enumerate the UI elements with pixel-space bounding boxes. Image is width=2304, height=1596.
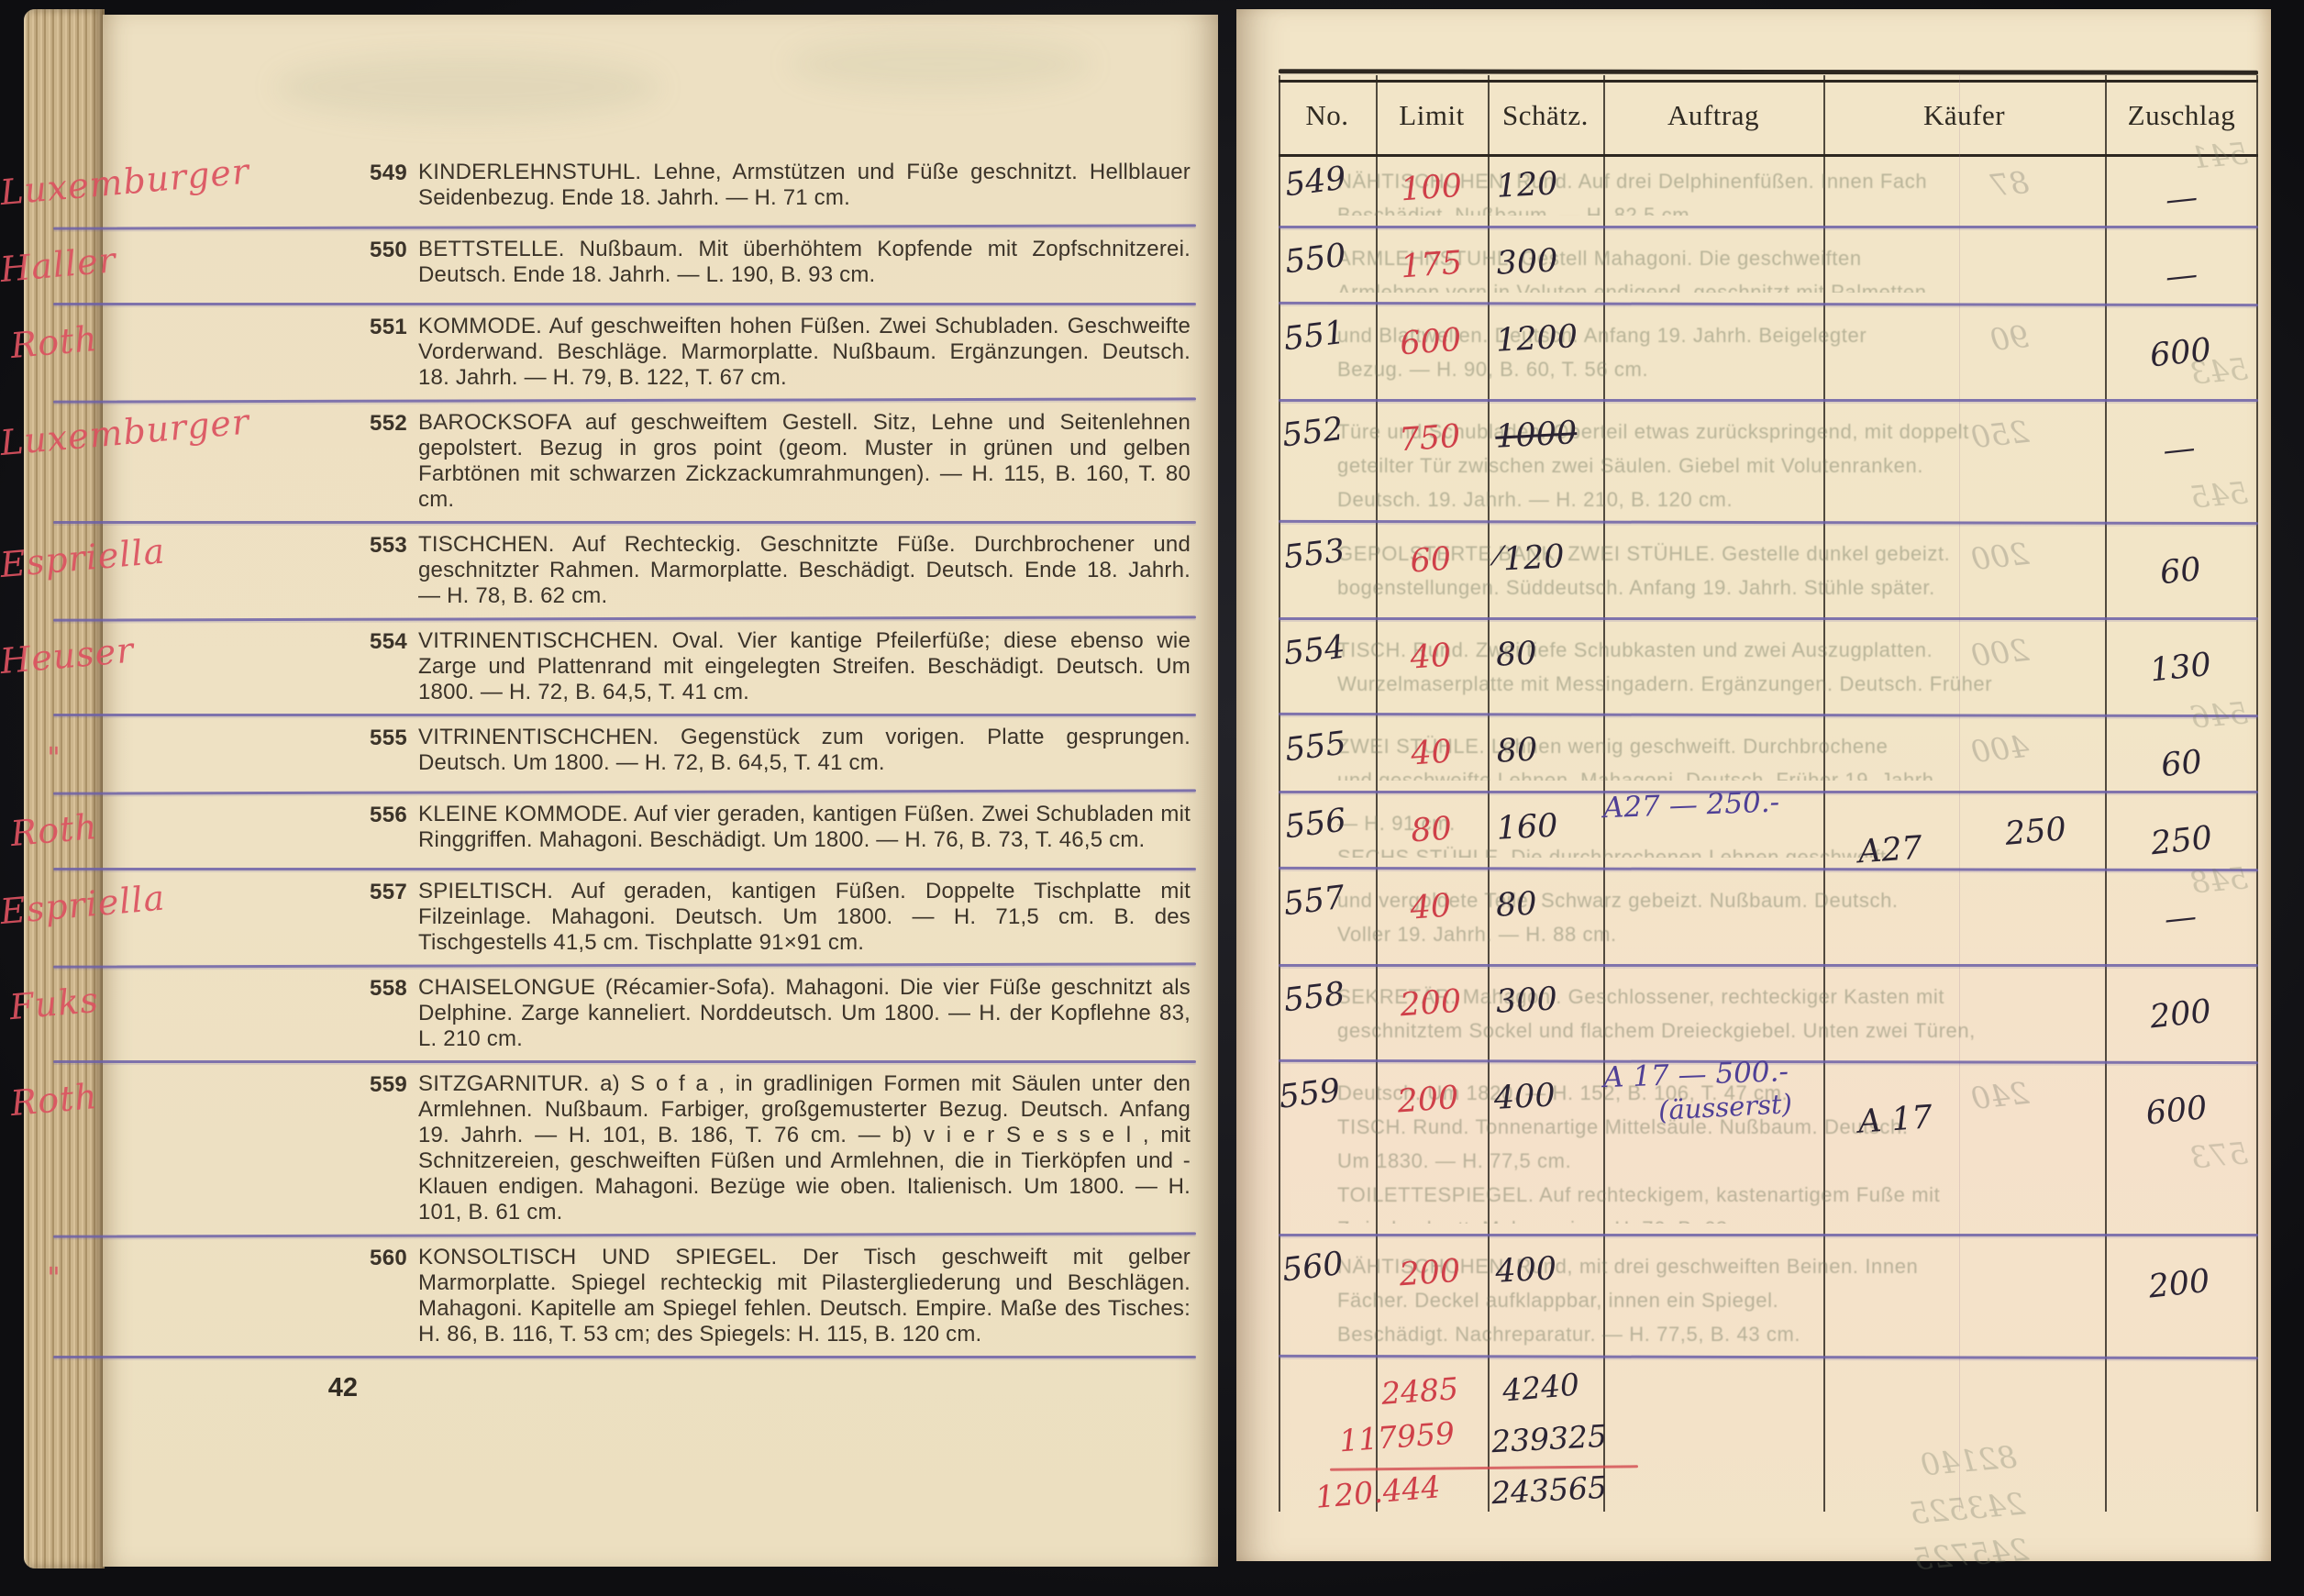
- ledger-no: 557: [1274, 876, 1379, 961]
- gutter-spacer: [1191, 313, 1279, 391]
- gutter-spacer: [1191, 878, 1279, 956]
- ledger-order-cell: [1603, 409, 1823, 513]
- ledger-order-cell: [1603, 878, 1823, 956]
- gutter-spacer: [1191, 531, 1279, 609]
- gutter-spacer: [1191, 1070, 1279, 1225]
- ledger-buyer-cell: [1823, 159, 2105, 217]
- ledger-row: ARMLEHNSTUHL. Gestell Mahagoni. Die gesc…: [1279, 236, 2258, 294]
- ledger-order-cell: [1603, 1244, 1823, 1347]
- gutter-spacer: [1191, 159, 1279, 217]
- ledger-hammer-price: 60: [2103, 737, 2259, 790]
- lot-number: 558: [358, 974, 418, 1052]
- ledger-estimate: 1200: [1486, 317, 1605, 393]
- lot-description: KONSOLTISCH UND SPIEGEL. Der Tisch gesch…: [418, 1244, 1191, 1347]
- lot-row: " 560 KONSOLTISCH UND SPIEGEL. Der Tisch…: [0, 1236, 2304, 1358]
- buyer-annotation: Luxemburger: [0, 163, 110, 213]
- ledger-no: 550: [1276, 234, 1379, 300]
- buyer-annotation: Espriella: [0, 882, 110, 932]
- ledger-order-note-2: (äusserst): [1657, 1086, 1824, 1125]
- lot-description: CHAISELONGUE (Récamier-Sofa). Mahagoni. …: [418, 974, 1191, 1052]
- ledger-estimate: 300: [1486, 979, 1605, 1055]
- limit-carryover: 117959: [1338, 1415, 1456, 1459]
- ledger-no: 560: [1273, 1242, 1381, 1353]
- column-header-limit: Limit: [1376, 92, 1488, 147]
- limit-subtotal: 2485: [1380, 1370, 1460, 1412]
- annotation-margin: Heuser: [0, 627, 108, 705]
- ledger-limit: 80: [1374, 808, 1489, 863]
- ledger-buyer-cell: [1823, 313, 2105, 391]
- annotation-margin: Roth: [0, 313, 108, 391]
- ledger-hammer-price: —: [2102, 892, 2260, 963]
- lot-row: Haller 550 BETTSTELLE. Nußbaum. Mit über…: [0, 228, 2304, 305]
- lot-description: KOMMODE. Auf geschweiften hohen Füßen. Z…: [418, 313, 1191, 391]
- ledger-no: 553: [1274, 529, 1379, 615]
- ledger-estimate: 400: [1485, 1248, 1605, 1350]
- table-header: No. Limit Schätz. Auftrag Käufer Zuschla…: [1279, 92, 2258, 147]
- ledger-estimate: 120: [1487, 163, 1605, 221]
- ledger-estimate: 400: [1484, 1075, 1607, 1228]
- buyer-annotation: Haller: [0, 240, 110, 290]
- lot-description: SPIELTISCH. Auf geraden, kantigen Füßen.…: [418, 878, 1191, 956]
- ledger-buyer-price: 250: [2004, 811, 2068, 853]
- ledger-limit: 175: [1374, 243, 1489, 298]
- ledger-row: und Blattwellen. Deutsch. Anfang 19. Jah…: [1279, 313, 2258, 391]
- lot-row: Luxemburger 549 KINDERLEHNSTUHL. Lehne, …: [0, 151, 2304, 228]
- ledger-buyer-cell: [1823, 531, 2105, 609]
- ledger-no: 555: [1276, 722, 1379, 788]
- ledger-order-note: A27 — 250.-: [1602, 784, 1823, 825]
- ledger-order-cell: [1603, 236, 1823, 294]
- lot-description: KINDERLEHNSTUHL. Lehne, Armstützen und F…: [418, 159, 1191, 217]
- lot-description: BAROCKSOFA auf geschweiftem Gestell. Sit…: [418, 409, 1191, 513]
- ledger-limit: 40: [1374, 635, 1490, 709]
- ledger-no: 556: [1276, 799, 1379, 865]
- ledger-estimate: 120: [1486, 536, 1605, 612]
- bleedthrough-margin-number: 541: [2188, 135, 2249, 175]
- ledger-buyer: A 17: [1857, 1099, 1934, 1141]
- ledger-estimate: 160: [1487, 805, 1605, 863]
- lot-number: 560: [358, 1244, 418, 1347]
- ledger-hammer-price: 250: [2103, 815, 2259, 867]
- lot-description: SITZGARNITUR. a) S o f a , in gradlinige…: [418, 1070, 1191, 1225]
- annotation-margin: Espriella: [0, 878, 108, 956]
- lot-row: Roth 559 SITZGARNITUR. a) S o f a , in g…: [0, 1063, 2304, 1236]
- bleedthrough-total: 245725: [1912, 1532, 2031, 1578]
- annotation-margin: Espriella: [0, 531, 108, 609]
- buyer-annotation: Luxemburger: [0, 414, 110, 463]
- buyer-annotation: ": [0, 740, 108, 775]
- bleedthrough-total: 243525: [1909, 1486, 2027, 1532]
- ledger-row: und vergoldete Teile. Schwarz gebeizt. N…: [1279, 878, 2258, 956]
- ledger-estimate: 80: [1487, 728, 1605, 786]
- lot-description: VITRINENTISCHCHEN. Oval. Vier kantige Pf…: [418, 627, 1191, 705]
- buyer-annotation: Roth: [0, 317, 110, 367]
- book-spread: No. Limit Schätz. Auftrag Käufer Zuschla…: [0, 0, 2304, 1596]
- lot-description: KLEINE KOMMODE. Auf vier geraden, kantig…: [418, 801, 1191, 859]
- ledger-totals: 2485 4240 117959 239325 120.444 243565 8…: [1279, 1373, 2258, 1557]
- ledger-no: 559: [1269, 1069, 1384, 1231]
- ledger-limit: 200: [1371, 1078, 1493, 1229]
- ledger-hammer-price: 200: [2101, 1258, 2262, 1356]
- lot-row: Roth 556 KLEINE KOMMODE. Auf vier gerade…: [0, 793, 2304, 870]
- ledger-buyer-cell: [1823, 724, 2105, 782]
- lot-row: Espriella 553 TISCHCHEN. Auf Rechteckig.…: [0, 524, 2304, 620]
- ledger-limit: 40: [1374, 885, 1490, 959]
- lot-number: 552: [358, 409, 418, 513]
- lot-row: Fuks 558 CHAISELONGUE (Récamier-Sofa). M…: [0, 967, 2304, 1063]
- ledger-no: 552: [1273, 407, 1381, 518]
- footer-row: 42 2485 4240 117959 239325 120.444 24356…: [0, 1358, 2304, 1566]
- ledger-estimate: 80: [1486, 882, 1605, 959]
- ledger-order-cell: [1603, 724, 1823, 782]
- lot-row: " 555 VITRINENTISCHCHEN. Gegenstück zum …: [0, 716, 2304, 793]
- ledger-row: NÄHTISCHCHEN. Rund. Auf drei Delphinenfü…: [1279, 159, 2258, 217]
- ledger-buyer-cell: A 17: [1823, 1070, 2105, 1225]
- ledger-limit: 100: [1374, 166, 1489, 221]
- column-header-schaetz: Schätz.: [1488, 92, 1603, 147]
- ledger-row: GEPOLSTERTE BANK, ZWEI STÜHLE. Gestelle …: [1279, 531, 2258, 609]
- gutter-spacer: [1191, 1244, 1279, 1347]
- ledger-buyer-cell: [1823, 974, 2105, 1052]
- ledger-buyer-cell: [1823, 878, 2105, 956]
- gutter-spacer: [1191, 409, 1279, 513]
- gutter-spacer: [1191, 801, 1279, 859]
- ledger-buyer-cell: A27 250: [1823, 801, 2105, 859]
- ledger-row: Deutsch. Um 1820. — H. 152, B. 106, T. 4…: [1279, 1070, 2258, 1225]
- gutter-spacer: [1191, 724, 1279, 782]
- column-header-no: No.: [1279, 92, 1376, 147]
- column-header-auftrag: Auftrag: [1603, 92, 1823, 147]
- ledger-no: 558: [1274, 972, 1379, 1058]
- lot-number: 555: [358, 724, 418, 782]
- ledger-order-cell: [1603, 627, 1823, 705]
- lot-row: Luxemburger 552 BAROCKSOFA auf geschweif…: [0, 402, 2304, 524]
- lot-description: BETTSTELLE. Nußbaum. Mit überhöhtem Kopf…: [418, 236, 1191, 294]
- ledger-limit: 200: [1374, 981, 1490, 1056]
- ledger-limit: 40: [1374, 731, 1489, 786]
- ledger-row: TISCH. Rund. Zwei tiefe Schubkasten und …: [1279, 627, 2258, 705]
- ledger-limit: 600: [1374, 320, 1490, 394]
- buyer-annotation: Espriella: [0, 536, 110, 585]
- lot-row: Espriella 557 SPIELTISCH. Auf geraden, k…: [0, 870, 2304, 967]
- lot-number: 549: [358, 159, 418, 217]
- annotation-margin: Roth: [0, 1070, 108, 1225]
- gutter-spacer: [1191, 236, 1279, 294]
- ledger-hammer-price: 200: [2102, 988, 2260, 1059]
- lot-number: 559: [358, 1070, 418, 1225]
- lot-row: Heuser 554 VITRINENTISCHCHEN. Oval. Vier…: [0, 620, 2304, 716]
- table-top-rule-2: [1279, 80, 2258, 83]
- lot-number: 556: [358, 801, 418, 859]
- gutter-spacer: [1191, 974, 1279, 1052]
- ledger-row: Türe und Schubladen. Oberteil etwas zurü…: [1279, 409, 2258, 513]
- gutter-spacer: [1191, 627, 1279, 705]
- column-header-kaeufer: Käufer: [1823, 92, 2105, 147]
- lot-description: TISCHCHEN. Auf Rechteckig. Geschnitzte F…: [418, 531, 1191, 609]
- estimate-carryover: 239325: [1490, 1418, 1608, 1460]
- ledger-hammer-price: —: [2101, 424, 2262, 521]
- buyer-annotation: Roth: [0, 1075, 110, 1125]
- annotation-margin: Luxemburger: [0, 159, 108, 217]
- ledger-order-cell: [1603, 974, 1823, 1052]
- annotation-margin: ": [0, 724, 108, 782]
- ledger-order-cell: A 17 — 500.- (äusserst): [1603, 1070, 1823, 1225]
- lot-number: 554: [358, 627, 418, 705]
- lot-number: 551: [358, 313, 418, 391]
- estimate-subtotal: 4240: [1501, 1366, 1580, 1408]
- ledger-order-cell: [1603, 159, 1823, 217]
- buyer-annotation: Fuks: [0, 979, 110, 1028]
- ledger-buyer-cell: [1823, 1244, 2105, 1347]
- lot-row: Roth 551 KOMMODE. Auf geschweiften hohen…: [0, 305, 2304, 402]
- ledger-row: ZWEI STÜHLE. Lehnen wenig geschweift. Du…: [1279, 724, 2258, 782]
- ledger-limit: 200: [1373, 1251, 1491, 1351]
- ledger-limit: 750: [1373, 416, 1491, 516]
- bleedthrough-total: 82140: [1920, 1438, 2019, 1482]
- ledger-order-cell: A27 — 250.-: [1603, 801, 1823, 859]
- buyer-annotation: ": [0, 1260, 108, 1295]
- page-number: 42: [108, 1373, 358, 1566]
- annotation-margin: Fuks: [0, 974, 108, 1052]
- lot-number: 557: [358, 878, 418, 956]
- lot-number: 550: [358, 236, 418, 294]
- ledger-row: SEKRETÄR. Mahagoni. Geschlossener, recht…: [1279, 974, 2258, 1052]
- ledger-buyer-cell: [1823, 236, 2105, 294]
- ledger-hammer-price: 60: [2102, 545, 2260, 616]
- ledger-estimate: 80: [1486, 632, 1605, 708]
- buyer-annotation: Roth: [0, 805, 110, 855]
- ledger-buyer-cell: [1823, 627, 2105, 705]
- ledger-buyer-cell: [1823, 409, 2105, 513]
- annotation-margin: Haller: [0, 236, 108, 294]
- catalog-rows: Luxemburger 549 KINDERLEHNSTUHL. Lehne, …: [0, 151, 2304, 1566]
- ledger-row: — H. 91 cm.SECHS STÜHLE. Die durchbroche…: [1279, 801, 2258, 859]
- ledger-no: 549: [1276, 157, 1379, 223]
- ledger-row: NÄHTISCHCHEN. Rund, mit drei geschweifte…: [1279, 1244, 2258, 1347]
- ledger-hammer-price: —: [2103, 249, 2259, 302]
- ledger-limit: 60: [1374, 538, 1490, 613]
- lot-description: VITRINENTISCHCHEN. Gegenstück zum vorige…: [418, 724, 1191, 782]
- ledger-order-cell: [1603, 531, 1823, 609]
- ledger-no: 551: [1274, 311, 1379, 396]
- annotation-margin: Roth: [0, 801, 108, 859]
- ledger-hammer-price: —: [2103, 172, 2259, 225]
- limit-grand-total: 120.444: [1314, 1469, 1442, 1515]
- annotation-margin: ": [0, 1244, 108, 1347]
- ledger-hammer-price: 600: [2102, 327, 2260, 398]
- buyer-annotation: Heuser: [0, 632, 110, 682]
- ledger-estimate: 1000: [1485, 414, 1605, 515]
- ledger-order-cell: [1603, 313, 1823, 391]
- ledger-buyer: A27: [1857, 830, 1923, 871]
- ledger-no: 554: [1274, 626, 1379, 711]
- ledger-hammer-price: 600: [2099, 1085, 2265, 1234]
- estimate-grand-total: 243565: [1490, 1469, 1608, 1512]
- annotation-margin: Luxemburger: [0, 409, 108, 513]
- lot-number: 553: [358, 531, 418, 609]
- ledger-estimate: 300: [1487, 240, 1605, 298]
